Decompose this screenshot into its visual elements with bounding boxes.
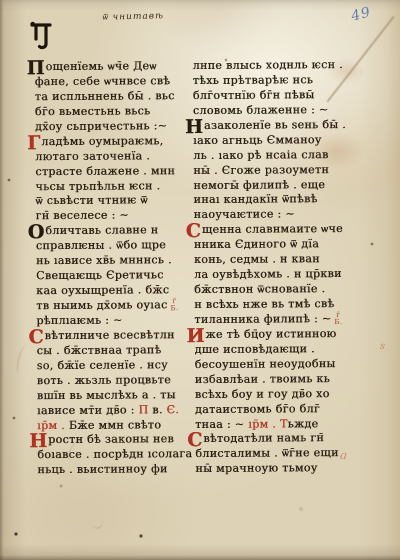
text-line: нь ıависе хв̄ь мнннсь . xyxy=(36,253,188,269)
text-segment: в. xyxy=(152,403,166,416)
text-segment: Т xyxy=(280,417,288,430)
text-segment: бж̄ствнон ѿснованїе . xyxy=(194,282,325,296)
text-segment: бличтавь славне н xyxy=(45,224,158,238)
text-segment: ростн бѣ законы нев xyxy=(48,433,174,447)
text-line: гн̄ веселесе : ~ xyxy=(36,208,188,224)
text-segment: рѣплıаѥмь : ~ xyxy=(36,313,122,327)
text-line: всѣхь боу и гоу дв̄о хо xyxy=(195,386,363,402)
text-line: ıако агньць Ємманоу xyxy=(193,133,361,149)
text-segment: конь, седмы . н кван xyxy=(194,252,320,266)
text-line: вшїн вь мыслѣхь а . ты xyxy=(37,388,189,404)
text-segment: дх̄оу сьпричестьнь :~ xyxy=(35,119,167,133)
running-title: ѿ чнитавѣ xyxy=(102,10,164,23)
text-segment: каа оухыщренїа . бж̄с xyxy=(36,283,169,297)
text-line: Свѣтодатѣли намь гн̄ xyxy=(195,431,363,447)
text-line: фане, себе ѡчнвсе свѣ xyxy=(35,74,187,90)
wormholes xyxy=(0,0,2,2)
text-segment: датаиствомь бг̄о блг̄ xyxy=(195,402,320,416)
text-segment: ıр̄м . xyxy=(248,417,280,430)
text-segment: Свещаѥщь Єретичьс xyxy=(36,268,164,282)
text-line: словомь блаженне : ~ xyxy=(193,103,361,119)
text-line: избавлѣаи . твоимь кь xyxy=(195,372,363,388)
text-segment: вшїн вь мыслѣхь а . ты xyxy=(37,388,176,402)
text-segment: тнаа : ~ xyxy=(195,417,248,430)
text-line: справлѥны . ѿбо щре xyxy=(36,238,188,254)
text-line: Обличтавь славне н xyxy=(36,223,188,239)
text-segment: ладѣмь оумыраѥмь, xyxy=(41,134,163,148)
text-line: датаиствомь бг̄о блг̄ xyxy=(195,401,363,417)
text-segment: нь ıависе хв̄ь мнннсь . xyxy=(36,253,172,267)
text-line: лютаго заточенїа . xyxy=(35,149,187,165)
folio-number: 49 xyxy=(350,0,393,25)
text-block: Пощенїемь ѡч̄е Деѡфане, себе ѡчнвсе свѣт… xyxy=(35,58,364,479)
text-segment: страсте блажене . мнн xyxy=(35,164,175,178)
text-segment: же тѣ бц̄оу истинною xyxy=(205,327,336,341)
text-segment: немогы̄ филипѣ . еще xyxy=(193,178,325,192)
text-segment: ıако агньць Ємманоу xyxy=(193,133,322,147)
text-line: тв ныимь дх̄омь оуıасг̄Б. xyxy=(36,298,188,314)
text-segment: бесоушенїн неоудобны xyxy=(195,357,336,371)
text-line: ны̄ мрачноую тьмоу xyxy=(195,461,363,477)
text-segment: лютаго заточенїа . xyxy=(35,149,150,163)
text-segment: ны̄ . Єгоже разоуметн xyxy=(193,163,329,177)
pen-trial-mark xyxy=(15,344,33,376)
text-line: бж̄ствнон ѿснованїе . xyxy=(194,282,362,298)
text-line: Иже тѣ бц̄оу истинною xyxy=(194,327,362,343)
text-line: воть . жьзль процвьте xyxy=(37,373,189,389)
text-segment: чьсы трьпѣльн ѥсн . xyxy=(35,179,160,193)
text-line: ıависе мт̄и дв̄о : П в. Є. xyxy=(37,403,189,419)
text-line: ѕо, бж̄їе селенїе . нсу xyxy=(37,358,189,374)
text-line: дх̄оу сьпричестьнь :~ xyxy=(35,119,187,135)
text-segment: тѣхь прѣтварѣѥ нсь xyxy=(193,73,313,87)
text-segment: всѣхь боу и гоу дв̄о хо xyxy=(195,387,330,401)
text-segment: н всѣхь нже вь тмѣ свѣ xyxy=(194,297,334,311)
text-line: тнаа : ~ ıр̄м . Тьжде xyxy=(195,416,363,432)
text-line: рѣплıаѥмь : ~ xyxy=(36,313,188,329)
text-segment: тв ныимь дх̄омь оуıас xyxy=(36,298,167,312)
text-line: ѿ сьвѣсти чтниѥ ѿ xyxy=(35,194,187,210)
faded-marginal-rubric: ѕ xyxy=(379,341,386,353)
text-line: бесоушенїн неоудобны xyxy=(195,357,363,373)
text-line: страсте блажене . мнн xyxy=(35,164,187,180)
text-segment: блисталимы . ѿг̄не ещи xyxy=(195,446,338,460)
text-line: Пощенїемь ѡч̄е Деѡ xyxy=(35,59,187,75)
text-line: конь, седмы . н кван xyxy=(194,252,362,268)
text-segment: щенна славнмаите ѡче xyxy=(202,222,343,236)
text-line: Сщенна славнмаите ѡче xyxy=(194,222,362,238)
text-line: Нростн бѣ законы нев xyxy=(37,433,189,449)
text-segment: тиланника филипѣ : ~ xyxy=(194,312,331,326)
quire-signature-icon xyxy=(29,20,55,54)
text-segment: боıавсе . посрѣдн ıсолага xyxy=(37,447,192,461)
rubric-margin-mark: г̄Б. xyxy=(334,312,342,326)
text-segment: П xyxy=(138,403,152,416)
text-line: Назаколенїе вь ѕень бы̄ . xyxy=(193,118,361,134)
text-line: каа оухыщренїа . бж̄с xyxy=(36,283,188,299)
text-line: сы . бж̄ствнаа трапѣ xyxy=(37,343,189,359)
text-line: тѣхь прѣтварѣѥ нсь xyxy=(193,73,361,89)
text-line: та испльннень бы̄ . вьс xyxy=(35,89,187,105)
text-line: ла оувѣдѣхомь . н цр̄кви xyxy=(194,267,362,283)
text-line: ньць . вьистинноу фи xyxy=(37,462,189,478)
text-segment: вѣтодатѣли намь гн̄ xyxy=(203,432,324,446)
text-line: наоучаѥтисе : ~ xyxy=(194,207,362,223)
text-segment: ıависе мт̄и дв̄о : xyxy=(37,403,139,417)
text-segment: ьжде xyxy=(288,417,319,430)
column-right: лнпе влысь ходнль ѥсн .тѣхь прѣтварѣѥ нс… xyxy=(193,58,364,477)
text-line: Свѣтилниче всесвѣтлн xyxy=(36,328,188,344)
rubric-margin-mark: г̄Б. xyxy=(170,298,178,312)
text-line: блг̄очтнїю бг̄н пѣвы̄ xyxy=(193,88,361,104)
text-segment: избавлѣаи . твоимь кь xyxy=(195,372,330,386)
text-line: бг̄о вьместьнь вьсь xyxy=(35,104,187,120)
text-line: ль . ıако рѣ нсаіа слав xyxy=(193,147,361,163)
text-segment: гн̄ веселесе : ~ xyxy=(36,209,129,223)
text-segment: справлѥны . ѿбо щре xyxy=(36,238,166,252)
text-line: ны̄ . Єгоже разоуметн xyxy=(193,162,361,178)
text-segment: наоучаѥтисе : ~ xyxy=(194,208,295,222)
text-segment: воть . жьзль процвьте xyxy=(37,373,171,387)
text-segment: ѕо, бж̄їе селенїе . нсу xyxy=(37,358,168,372)
text-line: блисталимы . ѿг̄не ещи xyxy=(195,446,363,462)
manuscript-page-photo: ѿ чнитавѣ 49 ѕ а Пощенїемь ѡч̄е Деѡфане,… xyxy=(0,0,400,560)
text-line: дше исповѣдаѥщи . xyxy=(195,342,363,358)
text-line: тиланника филипѣ : ~г̄Б. xyxy=(194,312,362,328)
text-segment: ѿ сьвѣсти чтниѥ ѿ xyxy=(35,194,147,208)
text-segment: фане, себе ѡчнвсе свѣ xyxy=(35,74,171,88)
column-left: Пощенїемь ѡч̄е Деѡфане, себе ѡчнвсе свѣт… xyxy=(35,59,190,478)
text-segment: бг̄о вьместьнь вьсь xyxy=(35,104,151,118)
text-segment: ль . ıако рѣ нсаіа слав xyxy=(193,148,328,162)
text-segment: ньць . вьистинноу фи xyxy=(37,463,167,477)
text-segment: дше исповѣдаѥщи . xyxy=(195,342,315,356)
text-segment: ла оувѣдѣхомь . н цр̄кви xyxy=(194,267,342,281)
text-line: чьсы трьпѣльн ѥсн . xyxy=(35,179,187,195)
text-segment: та испльннень бы̄ . вьс xyxy=(35,89,175,103)
text-segment: ны̄ мрачноую тьмоу xyxy=(195,461,317,475)
text-line: ıр̄м . Бж̄е ммн свѣто xyxy=(37,418,189,434)
text-segment: вѣтилниче всесвѣтлн xyxy=(45,328,175,342)
text-segment: азаколенїе вь ѕень бы̄ . xyxy=(204,118,346,132)
text-line: Гладѣмь оумыраѥмь, xyxy=(35,134,187,150)
text-line: нника Єдиного ѿ дїа xyxy=(194,237,362,253)
text-line: боıавсе . посрѣдн ıсолага xyxy=(37,447,189,463)
text-segment: Бж̄е ммн свѣто xyxy=(65,418,161,432)
text-segment: блг̄очтнїю бг̄н пѣвы̄ xyxy=(193,88,315,102)
text-segment: ощенїемь ѡч̄е Деѡ xyxy=(45,59,156,73)
text-line: немогы̄ филипѣ . еще xyxy=(193,177,361,193)
text-segment: инаı кандакїн ѿпѣвѣ xyxy=(193,193,317,207)
text-segment: нника Єдиного ѿ дїа xyxy=(194,237,319,251)
text-segment: сы . бж̄ствнаа трапѣ xyxy=(37,343,162,357)
text-segment: Є. xyxy=(166,403,179,416)
text-segment: лнпе влысь ходнль ѥсн . xyxy=(193,58,343,72)
text-line: инаı кандакїн ѿпѣвѣ xyxy=(193,192,361,208)
text-line: Свещаѥщь Єретичьс xyxy=(36,268,188,284)
pen-trial-mark xyxy=(84,506,105,531)
text-line: лнпе влысь ходнль ѥсн . xyxy=(193,58,361,74)
text-segment: словомь блаженне : ~ xyxy=(193,103,329,117)
